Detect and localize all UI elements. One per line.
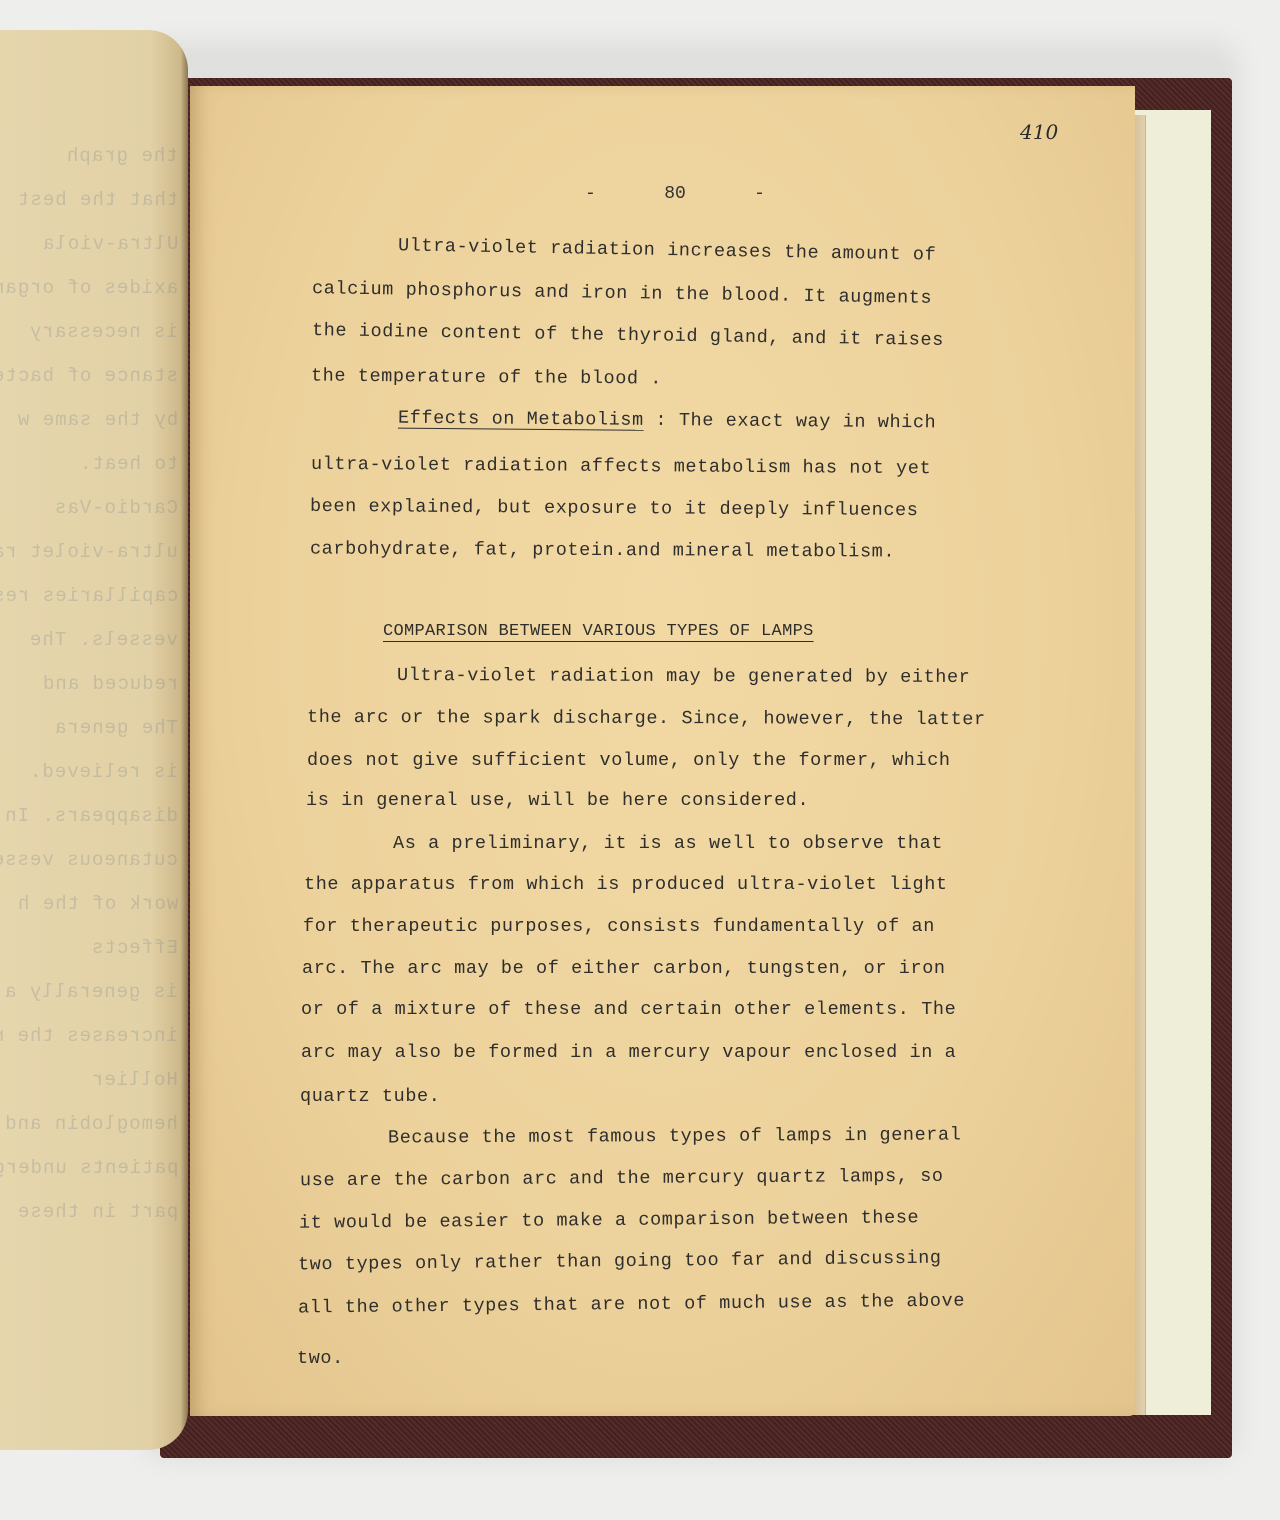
folio-number: 410: [1020, 120, 1058, 144]
bleed-through-text: cutaneous vessels: [0, 849, 178, 871]
bleed-through-text: Cardio-Vas: [54, 497, 178, 519]
metabolism-heading: Effects on Metabolism: [398, 408, 644, 431]
bleed-through-text: the graph: [66, 145, 178, 167]
bleed-through-text: Ultra-viola: [42, 233, 178, 255]
text-line: As a preliminary, it is as well to obser…: [393, 833, 943, 854]
bleed-through-text: disappears. In ca: [0, 805, 178, 827]
text-line: arc. The arc may be of either carbon, tu…: [302, 958, 946, 979]
bleed-through-text: is necessary: [29, 321, 178, 343]
bleed-through-text: Hollier: [91, 1069, 178, 1091]
text-fragment: : The exact way in which: [644, 410, 937, 434]
section-heading: COMPARISON BETWEEN VARIOUS TYPES OF LAMP…: [383, 622, 814, 641]
text-line: the apparatus from which is produced ult…: [304, 874, 948, 895]
bleed-through-text: vessels. The: [29, 629, 178, 651]
bleed-through-text: by the same w: [17, 409, 178, 431]
text-line: is in general use, will be here consider…: [306, 790, 809, 811]
bleed-through-text: is relieved.: [29, 761, 178, 783]
text-line: arc may also be formed in a mercury vapo…: [301, 1042, 956, 1063]
bleed-through-text: is generally a: [4, 981, 178, 1003]
page-number-value: 80: [664, 184, 686, 204]
text-line: use are the carbon arc and the mercury q…: [300, 1166, 944, 1191]
bleed-through-text: reduced and: [42, 673, 178, 695]
text-line: does not give sufficient volume, only th…: [307, 750, 951, 771]
bleed-through-text: ultra-violet ra: [0, 541, 178, 563]
bleed-through-text: to heat.: [79, 453, 178, 475]
bleed-through-text: capillaries result: [0, 585, 178, 607]
text-line: for therapeutic purposes, consists funda…: [303, 916, 935, 937]
text-line: two.: [297, 1348, 344, 1369]
text-line: or of a mixture of these and certain oth…: [301, 999, 956, 1020]
text-line: been explained, but exposure to it deepl…: [310, 496, 919, 521]
text-line: Because the most famous types of lamps i…: [388, 1124, 961, 1148]
bleed-through-text: The genera: [54, 717, 178, 739]
bleed-through-text: that the best: [17, 189, 178, 211]
text-line: the temperature of the blood .: [311, 365, 662, 389]
text-line: quartz tube.: [300, 1086, 440, 1107]
page-number: - 80 -: [585, 184, 765, 204]
bleed-through-text: Effects: [91, 937, 178, 959]
text-line: Ultra-violet radiation may be generated …: [397, 665, 970, 688]
bleed-through-text: axides of organ: [0, 277, 178, 299]
dash-right: -: [754, 184, 765, 204]
bleed-through-text: increases the num: [0, 1025, 178, 1047]
left-page: the graphthat the bestUltra-violaaxides …: [0, 30, 188, 1450]
text-line: carbohydrate, fat, protein.and mineral m…: [310, 538, 895, 562]
dash-left: -: [585, 184, 596, 204]
bleed-through-text: stance of bacte: [0, 365, 178, 387]
bleed-through-text: part in these: [17, 1201, 178, 1223]
bleed-through-text: work of the h: [17, 893, 178, 915]
text-line: ultra-violet radiation affects metabolis…: [311, 454, 931, 479]
bleed-through-text: patients undergo: [0, 1157, 178, 1179]
bleed-through-text: hemoglobin and nu: [0, 1113, 178, 1135]
text-line: the arc or the spark discharge. Since, h…: [307, 707, 986, 730]
